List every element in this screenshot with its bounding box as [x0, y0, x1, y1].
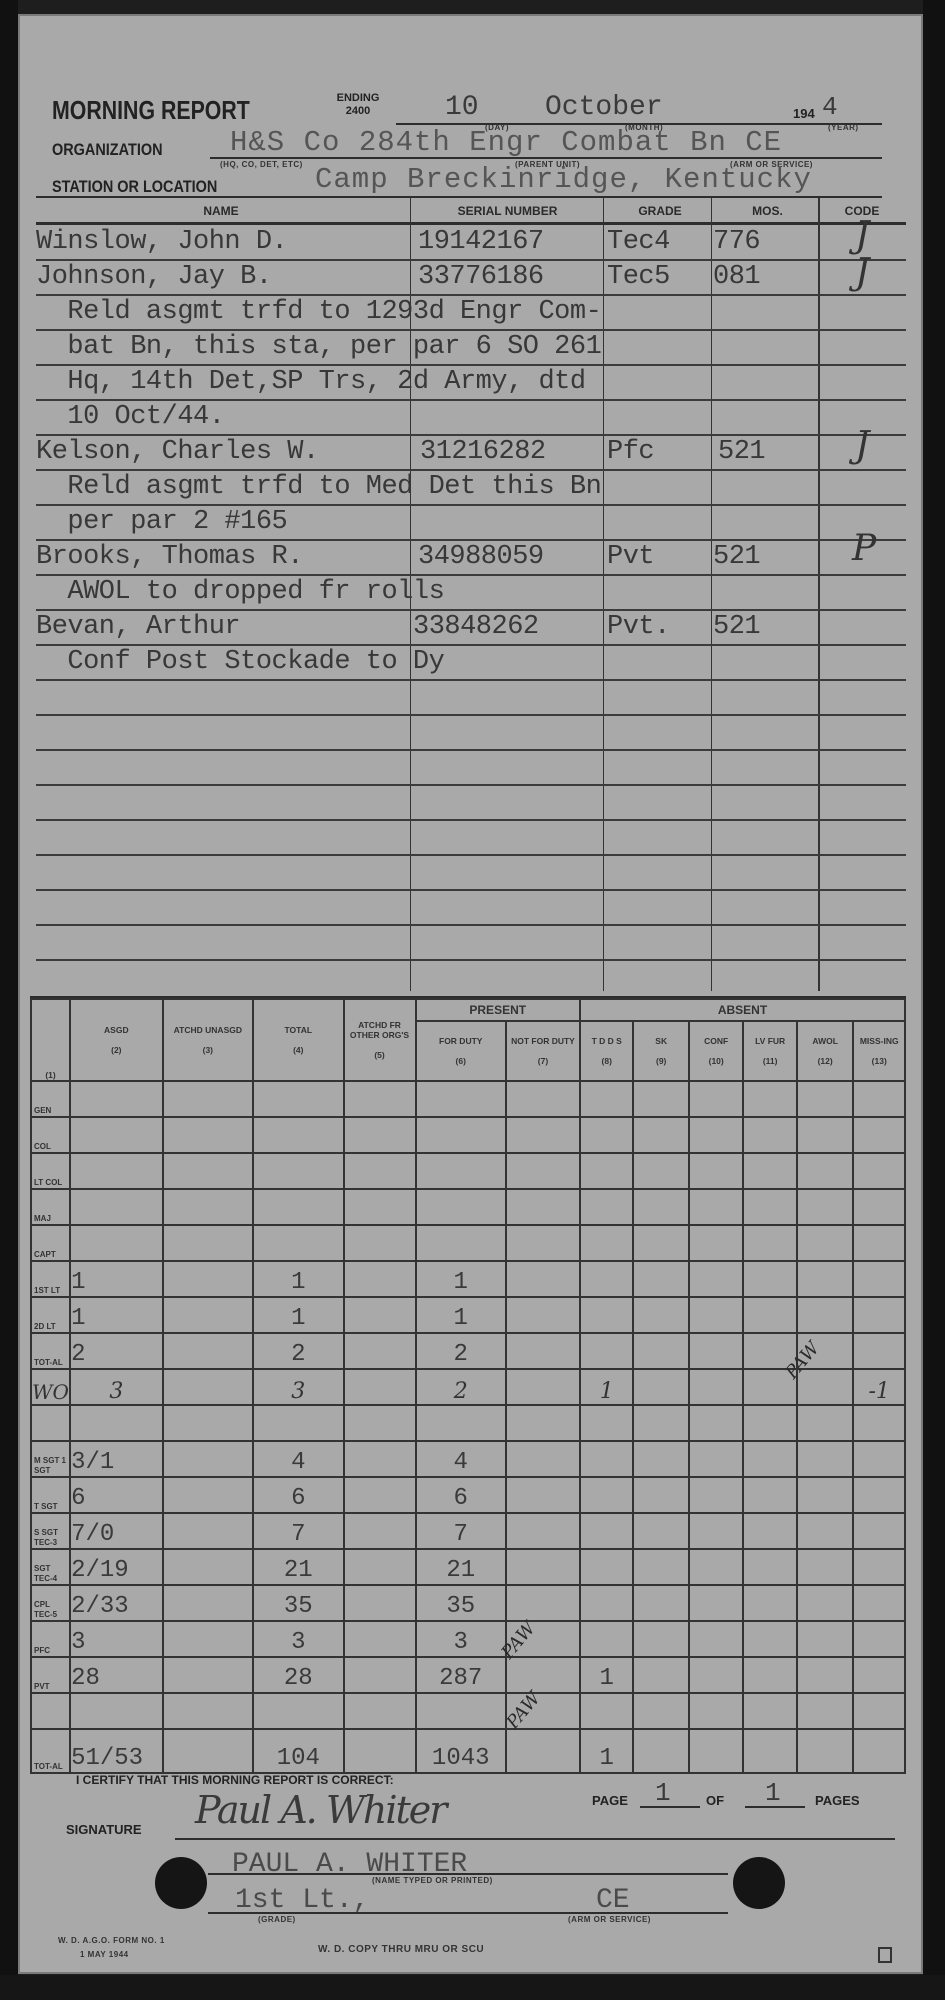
strength-cell[interactable]: 3	[70, 1369, 163, 1405]
roster-mos: 081	[713, 262, 760, 292]
strength-cell[interactable]	[253, 1117, 343, 1153]
strength-cell[interactable]	[853, 1189, 905, 1225]
strength-cell[interactable]	[633, 1081, 689, 1117]
strength-cell[interactable]	[633, 1657, 689, 1693]
strength-cell[interactable]	[797, 1405, 854, 1441]
strength-cell[interactable]: 21	[253, 1549, 343, 1585]
strength-cell[interactable]: 6	[416, 1477, 506, 1513]
roster-rule	[36, 644, 906, 646]
strength-cell[interactable]	[853, 1621, 905, 1657]
strength-cell[interactable]	[689, 1621, 743, 1657]
strength-cell[interactable]	[743, 1621, 796, 1657]
strength-cell[interactable]	[416, 1081, 506, 1117]
strength-cell[interactable]	[853, 1297, 905, 1333]
page-total: 1	[765, 1778, 781, 1808]
roster-rule	[36, 819, 906, 821]
roster-grade: Pvt	[607, 542, 654, 572]
strength-cell[interactable]	[853, 1153, 905, 1189]
organization-value: H&S Co 284th Engr Combat Bn CE	[230, 126, 782, 159]
strength-cell[interactable]	[743, 1189, 796, 1225]
strength-cell[interactable]	[344, 1189, 416, 1225]
strength-cell[interactable]	[506, 1585, 580, 1621]
roster-remark: Reld asgmt trfd to Med Det this Bn	[36, 472, 601, 502]
strength-cell[interactable]	[797, 1117, 854, 1153]
form-title: MORNING REPORT	[52, 95, 250, 126]
strength-cell[interactable]	[344, 1405, 416, 1441]
strength-cell[interactable]	[633, 1549, 689, 1585]
page-label: PAGE	[592, 1793, 628, 1808]
strength-row: LT COL	[31, 1153, 905, 1189]
strength-cell[interactable]	[344, 1441, 416, 1477]
strength-cell[interactable]	[506, 1117, 580, 1153]
strength-cell[interactable]	[580, 1261, 633, 1297]
strength-cell[interactable]	[163, 1441, 253, 1477]
strength-cell[interactable]: 1	[253, 1297, 343, 1333]
strength-cell[interactable]	[689, 1225, 743, 1261]
strength-cell[interactable]	[70, 1081, 163, 1117]
strength-cell[interactable]	[344, 1513, 416, 1549]
strength-cell[interactable]	[506, 1729, 580, 1773]
strength-cell[interactable]	[416, 1225, 506, 1261]
strength-cell[interactable]	[163, 1585, 253, 1621]
roster-mos: 521	[713, 612, 760, 642]
strength-col-1: (1)	[31, 999, 70, 1081]
strength-cell[interactable]	[743, 1693, 796, 1729]
strength-cell[interactable]	[580, 1225, 633, 1261]
strength-cell[interactable]	[797, 1189, 854, 1225]
strength-cell[interactable]	[689, 1297, 743, 1333]
strength-cell[interactable]	[580, 1621, 633, 1657]
strength-cell[interactable]	[506, 1657, 580, 1693]
strength-cell[interactable]	[853, 1549, 905, 1585]
strength-cell[interactable]	[580, 1477, 633, 1513]
roster-serial: 33848262	[413, 612, 539, 642]
strength-cell[interactable]: 7/0	[70, 1513, 163, 1549]
strength-cell[interactable]: 4	[416, 1441, 506, 1477]
strength-cell[interactable]: 2/19	[70, 1549, 163, 1585]
strength-row: 2D LT111	[31, 1297, 905, 1333]
strength-cell[interactable]	[163, 1225, 253, 1261]
strength-cell[interactable]	[743, 1261, 796, 1297]
strength-cell[interactable]: 6	[253, 1477, 343, 1513]
grade-caption: (GRADE)	[258, 1915, 296, 1924]
strength-cell[interactable]	[344, 1621, 416, 1657]
arm-caption: (ARM OR SERVICE)	[568, 1915, 651, 1924]
page-underline	[640, 1806, 700, 1808]
roster-code: J	[855, 425, 869, 466]
strength-row: PVT28282871	[31, 1657, 905, 1693]
strength-cell[interactable]	[853, 1585, 905, 1621]
strength-cell[interactable]	[797, 1081, 854, 1117]
strength-cell[interactable]	[163, 1297, 253, 1333]
strength-cell[interactable]	[689, 1693, 743, 1729]
strength-cell[interactable]	[633, 1333, 689, 1369]
roster-mos: 776	[713, 227, 760, 257]
strength-cell[interactable]	[344, 1657, 416, 1693]
strength-cell[interactable]: 3/1	[70, 1441, 163, 1477]
strength-cell[interactable]	[580, 1189, 633, 1225]
strength-row-label: COL	[31, 1117, 70, 1153]
strength-cell[interactable]	[344, 1585, 416, 1621]
strength-cell[interactable]	[344, 1369, 416, 1405]
strength-cell[interactable]	[70, 1117, 163, 1153]
strength-row	[31, 1405, 905, 1441]
strength-cell[interactable]	[253, 1405, 343, 1441]
strength-cell[interactable]	[344, 1117, 416, 1153]
strength-cell[interactable]	[797, 1369, 854, 1405]
roster-grade: Pvt.	[607, 612, 670, 642]
pages-underline	[745, 1806, 805, 1808]
strength-cell[interactable]	[797, 1621, 854, 1657]
col-header-grade: GRADE	[605, 204, 715, 218]
strength-cell[interactable]: 21	[416, 1549, 506, 1585]
strength-cell[interactable]	[797, 1549, 854, 1585]
strength-cell[interactable]	[689, 1513, 743, 1549]
organization-label: ORGANIZATION	[52, 140, 163, 160]
strength-cell[interactable]	[689, 1405, 743, 1441]
strength-cell[interactable]	[797, 1153, 854, 1189]
roster-grade: Pfc	[607, 437, 654, 467]
strength-cell[interactable]	[633, 1225, 689, 1261]
strength-row-label: MAJ	[31, 1189, 70, 1225]
roster-rule	[36, 259, 906, 261]
strength-cell[interactable]: 2/33	[70, 1585, 163, 1621]
strength-cell[interactable]	[633, 1117, 689, 1153]
org-caption-unit: (HQ, CO, DET, ETC)	[220, 160, 303, 169]
strength-cell[interactable]	[506, 1441, 580, 1477]
strength-cell[interactable]	[416, 1405, 506, 1441]
strength-cell[interactable]	[506, 1261, 580, 1297]
strength-cell[interactable]	[506, 1297, 580, 1333]
strength-cell[interactable]	[743, 1513, 796, 1549]
roster-mos: 521	[718, 437, 765, 467]
strength-cell[interactable]	[853, 1693, 905, 1729]
strength-cell[interactable]	[580, 1153, 633, 1189]
strength-cell[interactable]	[633, 1729, 689, 1773]
strength-row: WO3321-1	[31, 1369, 905, 1405]
strength-cell[interactable]	[344, 1261, 416, 1297]
strength-cell[interactable]: -1	[853, 1369, 905, 1405]
strength-cell[interactable]	[853, 1117, 905, 1153]
strength-cell[interactable]	[797, 1585, 854, 1621]
strength-cell[interactable]	[743, 1657, 796, 1693]
strength-cell[interactable]	[633, 1153, 689, 1189]
strength-cell[interactable]	[506, 1477, 580, 1513]
strength-cell[interactable]	[580, 1513, 633, 1549]
strength-cell[interactable]: 1	[580, 1729, 633, 1773]
roster-rule	[36, 504, 906, 506]
strength-cell[interactable]	[506, 1225, 580, 1261]
strength-cell[interactable]	[163, 1333, 253, 1369]
report-month: October	[545, 92, 663, 123]
strength-cell[interactable]: 3	[416, 1621, 506, 1657]
strength-cell[interactable]	[743, 1477, 796, 1513]
strength-row-label: S SGT TEC-3	[31, 1513, 70, 1549]
strength-cell[interactable]	[633, 1261, 689, 1297]
strength-cell[interactable]: 3	[253, 1369, 343, 1405]
strength-cell[interactable]	[689, 1261, 743, 1297]
strength-cell[interactable]	[163, 1729, 253, 1773]
strength-cell[interactable]	[689, 1657, 743, 1693]
strength-cell[interactable]	[580, 1441, 633, 1477]
roster-divider-mos	[711, 198, 712, 991]
strength-col-total: TOTAL(4)	[253, 999, 343, 1081]
strength-cell[interactable]	[797, 1297, 854, 1333]
roster-rule	[36, 749, 906, 751]
strength-cell[interactable]	[689, 1585, 743, 1621]
strength-cell[interactable]	[797, 1441, 854, 1477]
roster-rule	[36, 889, 906, 891]
strength-cell[interactable]	[344, 1081, 416, 1117]
strength-cell[interactable]	[163, 1693, 253, 1729]
strength-cell[interactable]: 28	[253, 1657, 343, 1693]
strength-cell[interactable]	[580, 1585, 633, 1621]
strength-row: TOT-AL222	[31, 1333, 905, 1369]
strength-cell[interactable]	[506, 1189, 580, 1225]
strength-cell[interactable]	[580, 1117, 633, 1153]
strength-cell[interactable]	[689, 1333, 743, 1369]
roster-name: Bevan, Arthur	[36, 612, 240, 642]
strength-cell[interactable]	[253, 1693, 343, 1729]
strength-cell[interactable]	[163, 1369, 253, 1405]
strength-cell[interactable]	[743, 1081, 796, 1117]
roster-remark: Hq, 14th Det,SP Trs, 2d Army, dtd	[36, 367, 586, 397]
strength-cell[interactable]	[633, 1405, 689, 1441]
strength-cell[interactable]	[344, 1693, 416, 1729]
strength-cell[interactable]	[344, 1729, 416, 1773]
strength-cell[interactable]	[344, 1225, 416, 1261]
strength-row: T SGT666	[31, 1477, 905, 1513]
strength-cell[interactable]	[344, 1153, 416, 1189]
strength-cell[interactable]	[70, 1225, 163, 1261]
strength-cell[interactable]: 287	[416, 1657, 506, 1693]
strength-cell[interactable]	[344, 1333, 416, 1369]
strength-cell[interactable]: 1	[580, 1369, 633, 1405]
strength-cell[interactable]	[506, 1405, 580, 1441]
strength-cell[interactable]	[506, 1369, 580, 1405]
strength-cell[interactable]	[633, 1189, 689, 1225]
strength-cell[interactable]: 35	[253, 1585, 343, 1621]
strength-cell[interactable]	[344, 1297, 416, 1333]
strength-cell[interactable]: 35	[416, 1585, 506, 1621]
strength-row-label	[31, 1693, 70, 1729]
strength-row-label: 1ST LT	[31, 1261, 70, 1297]
strength-cell[interactable]	[506, 1333, 580, 1369]
strength-cell[interactable]	[797, 1657, 854, 1693]
strength-cell[interactable]	[853, 1477, 905, 1513]
strength-cell[interactable]	[689, 1081, 743, 1117]
strength-cell[interactable]	[853, 1333, 905, 1369]
strength-cell[interactable]	[853, 1405, 905, 1441]
strength-cell[interactable]: 2	[416, 1333, 506, 1369]
strength-cell[interactable]	[344, 1477, 416, 1513]
strength-cell[interactable]: 3	[70, 1621, 163, 1657]
roster-header-rule	[36, 222, 906, 225]
strength-cell[interactable]	[163, 1189, 253, 1225]
strength-row-label: T SGT	[31, 1477, 70, 1513]
strength-cell[interactable]	[633, 1369, 689, 1405]
strength-cell[interactable]	[70, 1153, 163, 1189]
strength-cell[interactable]: 1	[580, 1657, 633, 1693]
strength-cell[interactable]	[253, 1189, 343, 1225]
strength-cell[interactable]	[853, 1081, 905, 1117]
strength-cell[interactable]	[689, 1369, 743, 1405]
strength-cell[interactable]	[70, 1693, 163, 1729]
roster-divider-grade	[603, 198, 604, 991]
strength-cell[interactable]	[743, 1117, 796, 1153]
strength-cell[interactable]	[580, 1405, 633, 1441]
col-header-name: NAME	[36, 204, 406, 218]
strength-cell[interactable]	[344, 1549, 416, 1585]
strength-cell[interactable]	[743, 1153, 796, 1189]
strength-cell[interactable]	[797, 1693, 854, 1729]
signature: Paul A. Whiter	[195, 1788, 445, 1832]
strength-cell[interactable]	[689, 1153, 743, 1189]
strength-cell[interactable]	[797, 1513, 854, 1549]
strength-cell[interactable]: 2	[70, 1333, 163, 1369]
strength-cell[interactable]	[163, 1549, 253, 1585]
strength-cell[interactable]	[689, 1441, 743, 1477]
roster-rule	[36, 959, 906, 961]
strength-cell[interactable]	[163, 1081, 253, 1117]
roster-code: P	[852, 528, 876, 569]
strength-cell[interactable]	[580, 1333, 633, 1369]
strength-cell[interactable]	[853, 1657, 905, 1693]
strength-cell[interactable]	[853, 1729, 905, 1773]
station-value: Camp Breckinridge, Kentucky	[315, 163, 812, 196]
strength-cell[interactable]: 1	[416, 1261, 506, 1297]
strength-cell[interactable]	[633, 1441, 689, 1477]
roster-rule	[36, 924, 906, 926]
strength-cell[interactable]	[853, 1225, 905, 1261]
roster-serial: 19142167	[418, 227, 544, 257]
strength-cell[interactable]	[253, 1225, 343, 1261]
strength-cell[interactable]: 1	[70, 1297, 163, 1333]
strength-cell[interactable]	[797, 1261, 854, 1297]
strength-row: COL	[31, 1117, 905, 1153]
strength-cell[interactable]	[743, 1225, 796, 1261]
strength-cell[interactable]	[163, 1657, 253, 1693]
strength-cell[interactable]	[633, 1621, 689, 1657]
strength-cell[interactable]: 1	[70, 1261, 163, 1297]
strength-cell[interactable]	[416, 1189, 506, 1225]
roster-mos: 521	[713, 542, 760, 572]
strength-cell[interactable]	[163, 1153, 253, 1189]
strength-cell[interactable]	[689, 1117, 743, 1153]
year-prefix: 194	[793, 106, 815, 121]
strength-cell[interactable]	[70, 1189, 163, 1225]
strength-col-sk: SK(9)	[633, 1021, 689, 1081]
strength-cell[interactable]	[580, 1693, 633, 1729]
strength-cell[interactable]	[853, 1513, 905, 1549]
roster-rule	[36, 574, 906, 576]
strength-cell[interactable]	[506, 1513, 580, 1549]
name-line	[208, 1873, 728, 1875]
strength-cell[interactable]	[743, 1585, 796, 1621]
strength-cell[interactable]	[633, 1693, 689, 1729]
roster-remark: per par 2 #165	[36, 507, 287, 537]
strength-cell[interactable]	[580, 1549, 633, 1585]
strength-cell[interactable]: 7	[416, 1513, 506, 1549]
strength-cell[interactable]	[743, 1297, 796, 1333]
strength-cell[interactable]	[253, 1153, 343, 1189]
strength-row-label: WO	[31, 1369, 70, 1405]
strength-row-label: SGT TEC-4	[31, 1549, 70, 1585]
strength-cell[interactable]: 1043	[416, 1729, 506, 1773]
strength-cell[interactable]	[506, 1153, 580, 1189]
strength-table: (1) ASGD(2) ATCHD UNASGD(3) TOTAL(4) ATC…	[30, 998, 906, 1768]
strength-cell[interactable]: 1	[253, 1261, 343, 1297]
strength-cell[interactable]: 51/53	[70, 1729, 163, 1773]
strength-row: MAJ	[31, 1189, 905, 1225]
strength-cell[interactable]	[506, 1081, 580, 1117]
strength-cell[interactable]	[416, 1153, 506, 1189]
strength-cell[interactable]	[633, 1585, 689, 1621]
strength-row: CAPT	[31, 1225, 905, 1261]
strength-cell[interactable]: 7	[253, 1513, 343, 1549]
strength-cell[interactable]	[743, 1729, 796, 1773]
strength-cell[interactable]	[253, 1081, 343, 1117]
present-header: PRESENT	[416, 999, 580, 1021]
strength-cell[interactable]	[163, 1621, 253, 1657]
strength-cell[interactable]	[633, 1477, 689, 1513]
strength-cell[interactable]: 2	[253, 1333, 343, 1369]
strength-cell[interactable]	[797, 1477, 854, 1513]
strength-cell[interactable]	[743, 1405, 796, 1441]
strength-cell[interactable]	[743, 1441, 796, 1477]
strength-cell[interactable]	[633, 1513, 689, 1549]
strength-cell[interactable]: 4	[253, 1441, 343, 1477]
signature-line	[175, 1838, 895, 1840]
strength-cell[interactable]	[743, 1549, 796, 1585]
strength-cell[interactable]	[580, 1081, 633, 1117]
strength-cell[interactable]	[689, 1189, 743, 1225]
strength-cell[interactable]	[506, 1549, 580, 1585]
strength-cell[interactable]	[797, 1729, 854, 1773]
checkbox-corner[interactable]	[878, 1947, 892, 1963]
strength-cell[interactable]: 1	[416, 1297, 506, 1333]
strength-cell[interactable]: 104	[253, 1729, 343, 1773]
strength-cell[interactable]	[163, 1513, 253, 1549]
strength-cell[interactable]	[163, 1261, 253, 1297]
strength-cell[interactable]	[689, 1729, 743, 1773]
strength-cell[interactable]	[416, 1693, 506, 1729]
strength-cell[interactable]: 3	[253, 1621, 343, 1657]
strength-cell[interactable]: 2	[416, 1369, 506, 1405]
strength-cell[interactable]	[797, 1225, 854, 1261]
strength-cell[interactable]	[689, 1549, 743, 1585]
strength-cell[interactable]	[416, 1117, 506, 1153]
strength-cell[interactable]	[70, 1405, 163, 1441]
strength-cell[interactable]	[853, 1441, 905, 1477]
name-caption: (NAME TYPED OR PRINTED)	[372, 1876, 493, 1885]
report-day: 10	[445, 92, 479, 123]
strength-cell[interactable]	[163, 1477, 253, 1513]
roster-rule	[36, 854, 906, 856]
strength-row-label: 2D LT	[31, 1297, 70, 1333]
strength-cell[interactable]	[580, 1297, 633, 1333]
roster-rule	[36, 784, 906, 786]
strength-cell[interactable]	[163, 1405, 253, 1441]
strength-cell[interactable]	[853, 1261, 905, 1297]
strength-cell[interactable]	[633, 1297, 689, 1333]
strength-cell[interactable]	[689, 1477, 743, 1513]
page-number: 1	[655, 1778, 671, 1808]
strength-cell[interactable]: 28	[70, 1657, 163, 1693]
strength-cell[interactable]	[163, 1117, 253, 1153]
strength-cell[interactable]: 6	[70, 1477, 163, 1513]
scan-border-left	[0, 0, 18, 2000]
